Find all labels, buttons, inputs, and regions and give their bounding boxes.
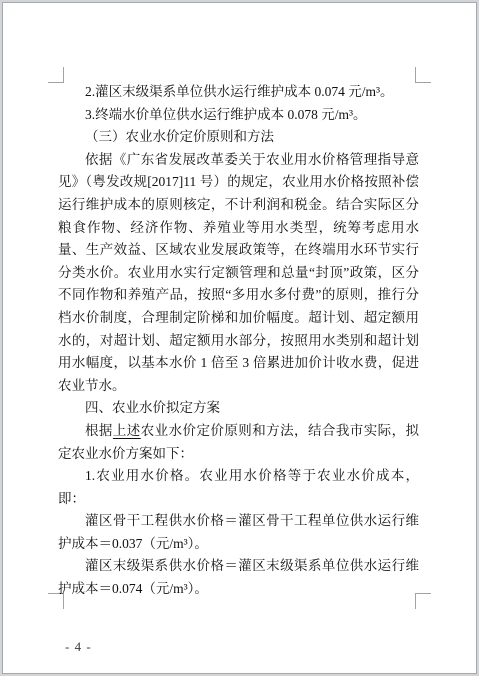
screen: { "page": { "number_label": "- 4 -" }, "… <box>0 0 479 676</box>
paragraph-plan-intro: 根据上述农业水价定价原则和方法，结合我市实际，拟定农业水价方案如下： <box>58 420 419 465</box>
section-heading-four: 四、农业水价拟定方案 <box>58 397 419 420</box>
document-body: 2.灌区末级渠系单位供水运行维护成本 0.074 元/m³。 3.终端水价单位供… <box>58 81 419 601</box>
paragraph-cost-item-2: 2.灌区末级渠系单位供水运行维护成本 0.074 元/m³。 <box>58 81 419 104</box>
paragraph-price-item-1: 1.农业用水价格。农业用水价格等于农业水价成本，即： <box>58 465 419 510</box>
underlined-text: 上述 <box>113 423 141 438</box>
paragraph-cost-item-3: 3.终端水价单位供水运行维护成本 0.078 元/m³。 <box>58 104 419 127</box>
plan-intro-prefix: 根据 <box>85 423 113 438</box>
paragraph-pricing-policy: 依据《广东省发展改革委关于农业用水价格管理指导意见》（粤发改规[2017]11 … <box>58 149 419 398</box>
page-number: - 4 - <box>65 639 92 655</box>
paragraph-formula-terminal: 灌区末级渠系供水价格＝灌区末级渠系单位供水运行维护成本＝0.074（元/m³）。 <box>58 555 419 600</box>
section-heading-three: （三）农业水价定价原则和方法 <box>58 126 419 149</box>
document-page: 2.灌区末级渠系单位供水运行维护成本 0.074 元/m³。 3.终端水价单位供… <box>2 2 477 674</box>
paragraph-formula-backbone: 灌区骨干工程供水价格＝灌区骨干工程单位供水运行维护成本＝0.037（元/m³）。 <box>58 510 419 555</box>
